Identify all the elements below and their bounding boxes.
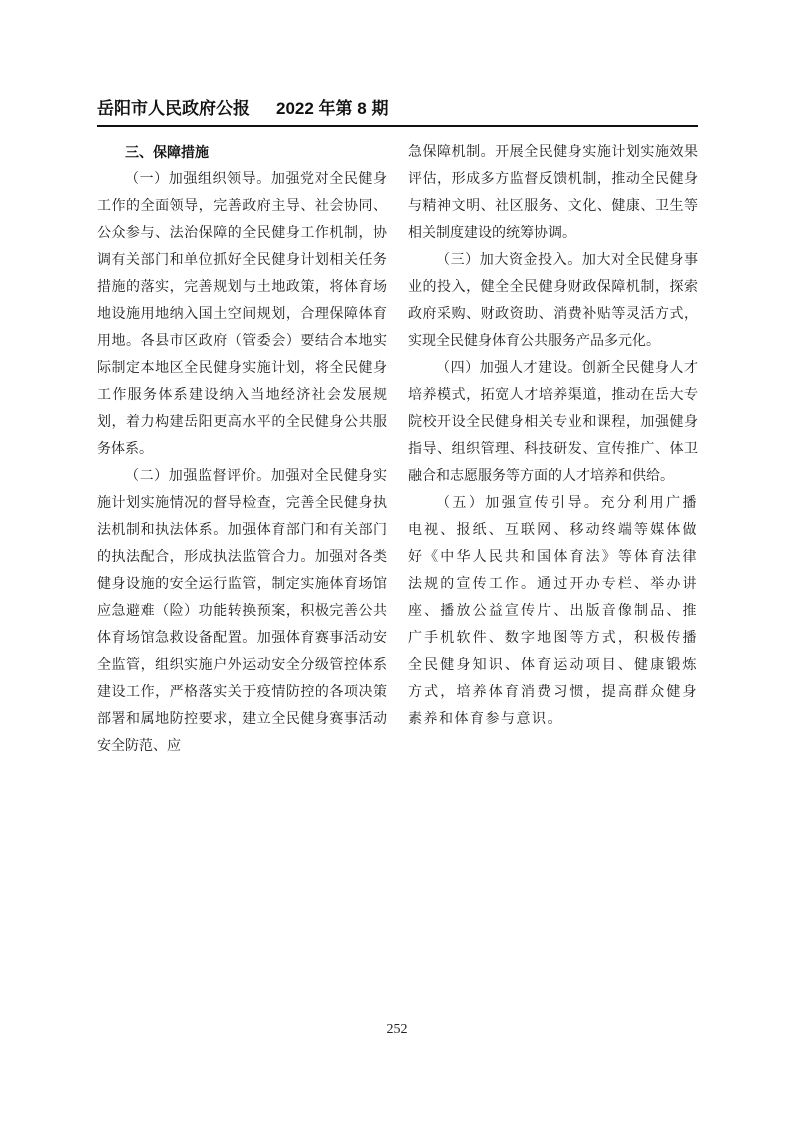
page-header: 岳阳市人民政府公报2022 年第 8 期 (97, 98, 698, 120)
gazette-page: 岳阳市人民政府公报2022 年第 8 期 三、保障措施 （一）加强组织领导。加强… (0, 0, 794, 1122)
page-footer: 252 (0, 1022, 794, 1038)
paragraph: （二）加强监督评价。加强对全民健身实施计划实施情况的督导检查，完善全民健身执法机… (97, 463, 387, 760)
paragraph: （三）加大资金投入。加大对全民健身事业的投入，健全全民健身财政保障机制，探索政府… (408, 247, 698, 355)
journal-title: 岳阳市人民政府公报 (97, 99, 250, 118)
paragraph: （一）加强组织领导。加强党对全民健身工作的全面领导，完善政府主导、社会协同、公众… (97, 166, 387, 463)
page-number: 252 (387, 1022, 408, 1037)
paragraph: 急保障机制。开展全民健身实施计划实施效果评估，形成多方监督反馈机制，推动全民健身… (408, 139, 698, 247)
paragraph: （五）加强宣传引导。充分利用广播电视、报纸、互联网、移动终端等媒体做好《中华人民… (408, 490, 698, 733)
issue-label: 2022 年第 8 期 (276, 99, 388, 118)
left-column: 三、保障措施 （一）加强组织领导。加强党对全民健身工作的全面领导，完善政府主导、… (97, 139, 387, 760)
article-body: 三、保障措施 （一）加强组织领导。加强党对全民健身工作的全面领导，完善政府主导、… (97, 139, 698, 760)
section-heading: 三、保障措施 (97, 139, 387, 166)
paragraph: （四）加强人才建设。创新全民健身人才培养模式，拓宽人才培养渠道，推动在岳大专院校… (408, 355, 698, 490)
right-column: 急保障机制。开展全民健身实施计划实施效果评估，形成多方监督反馈机制，推动全民健身… (408, 139, 698, 760)
header-rule (97, 125, 698, 127)
